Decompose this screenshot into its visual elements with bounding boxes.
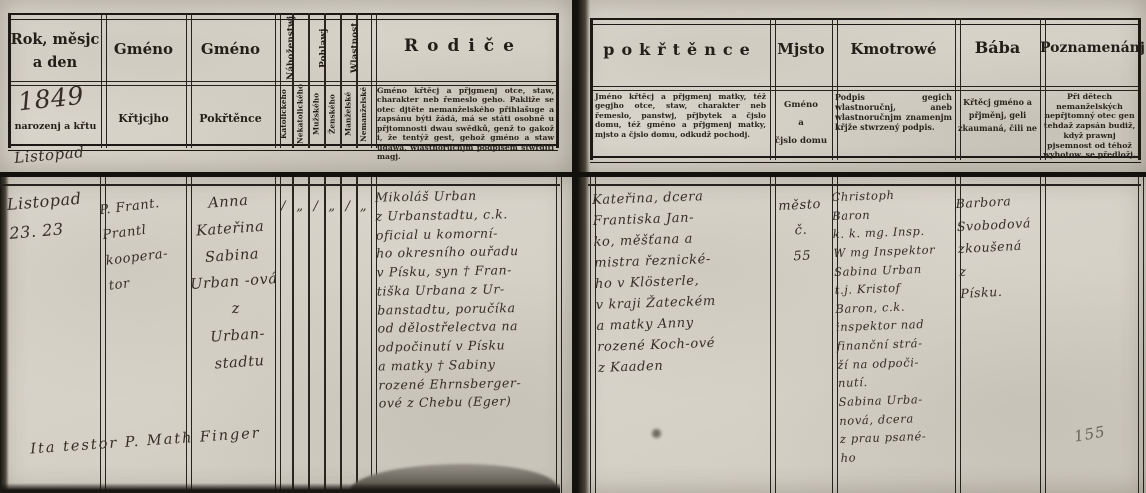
record-baptizer-entry: P. Frant. Prantl koopera- tor: [98, 188, 192, 299]
left-page-header-panel: Rok, měsjc a den Gméno Gméno Náboženstwj…: [0, 0, 572, 172]
parents-column-note: Gméno křtěcj a přjgmenj otce, staw, char…: [377, 86, 554, 162]
photo-bottom-edge: [0, 483, 560, 493]
tick-male: /: [308, 199, 324, 214]
col-header-place: Mjsto: [770, 40, 832, 58]
baptized-subheader: Pokřtěnce: [186, 112, 275, 125]
year-entry: 1849: [17, 81, 86, 117]
tick-noncatholic: „: [292, 199, 308, 214]
place-column-note: Gméno a čjslo domu: [772, 96, 830, 150]
col-header-legitimacy: Wlastnost: [340, 16, 371, 80]
subcol-noncatholic: Nekatolického: [292, 84, 308, 144]
subcol-female: Ženského: [324, 84, 340, 144]
rule: [324, 177, 326, 493]
col-header-date: Rok, měsjc a den: [10, 28, 100, 74]
rule: [340, 177, 342, 493]
page-gutter-shadow: [578, 177, 590, 493]
rule: [186, 13, 192, 148]
left-page-record-panel: Listopad 23. 23 P. Frant. Prantl koopera…: [0, 177, 572, 493]
tick-catholic: /: [275, 199, 292, 214]
tick-legitimate: /: [340, 199, 356, 214]
record-mother-entry: Kateřina, dcera Frantiska Jan- ko, měšťa…: [592, 184, 771, 379]
rule: [1138, 177, 1144, 493]
page-gutter-shadow: [578, 0, 590, 172]
attestation-signature: Ita testor P. Math Finger: [30, 421, 330, 458]
subcol-illegitimate: Nemanželské: [356, 84, 371, 144]
col-header-midwife: Bába: [955, 38, 1040, 57]
record-date-entry: Listopad 23. 23: [6, 183, 103, 248]
record-midwife-entry: Barbora Svobodová zkoušená z Písku.: [955, 189, 1040, 305]
baptized-column-note: Jméno křtěcj a přjgmenj matky, též gegjh…: [595, 92, 766, 139]
right-page-header-panel: pokřtěnce Mjsto Kmotrowé Bába Poznamenán…: [578, 0, 1146, 172]
col-header-name-baptizer: Gméno: [101, 40, 186, 58]
tick-female: „: [324, 199, 340, 214]
col-header-religion: Náboženstwj: [275, 16, 308, 80]
col-header-baptized-cont: pokřtěnce: [592, 40, 768, 59]
col-header-sex: Pohlawj: [308, 16, 340, 80]
col-header-remarks: Poznamenánj: [1040, 40, 1138, 56]
tick-illegitimate: „: [356, 199, 371, 214]
rule: [356, 177, 358, 493]
rule: [1040, 177, 1046, 493]
date-subheader: narozenj a křtu: [8, 121, 103, 132]
rule: [308, 177, 310, 493]
record-baptized-name-entry: Anna Kateřina Sabina Urban -ová z Urban-…: [182, 186, 287, 380]
midwife-column-note: Křtěcj gméno a přjměnj, geli zkaumaná, č…: [958, 96, 1037, 134]
rule: [590, 86, 1141, 91]
record-father-entry: Mikoláš Urban z Urbanstadtu, c.k. oficia…: [375, 185, 559, 413]
ink-blot: [652, 429, 661, 438]
subcol-male: Mužského: [308, 84, 324, 144]
subcol-legitimate: Manželské: [340, 84, 356, 144]
col-header-name-baptized: Gméno: [186, 40, 275, 58]
godparents-column-note: Podpis gegich wlastnoručnj, aneb wlastno…: [835, 92, 952, 132]
folio-number: 155: [1073, 422, 1107, 445]
baptizer-subheader: Křtjcjho: [101, 112, 186, 125]
rule: [556, 13, 559, 148]
record-place-entry: město č. 55: [772, 192, 830, 271]
right-page-record-panel: Kateřina, dcera Frantiska Jan- ko, měšťa…: [578, 177, 1146, 493]
record-godparents-entry: Christoph Baron k. k. mg. Insp. W mg Ins…: [831, 184, 957, 467]
col-header-godparents: Kmotrowé: [832, 40, 955, 58]
rule: [292, 177, 294, 493]
remarks-column-note: Při dětech nemanželských nepřjtomný otec…: [1043, 92, 1136, 160]
col-header-parents: Rodiče: [371, 36, 556, 56]
rule: [588, 184, 1141, 186]
subcol-catholic: Katolického: [275, 84, 292, 144]
rule: [590, 18, 1141, 25]
